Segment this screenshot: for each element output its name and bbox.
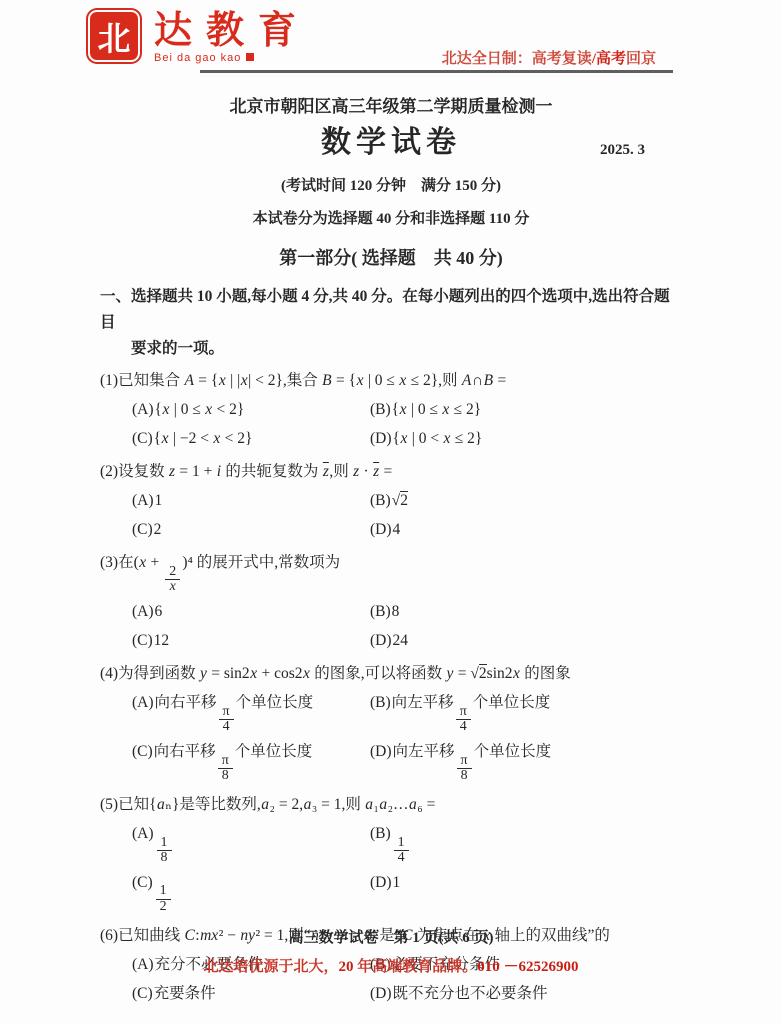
fraction: π8 — [218, 754, 233, 784]
fraction: 12 — [156, 884, 171, 914]
option-label: (B) — [370, 492, 391, 509]
option-B: (B)8 — [370, 599, 408, 624]
option-B: (B)向左平移π4个单位长度 — [370, 690, 551, 735]
question-1: (1)已知集合 A = {x | |x| < 2},集合 B = {x | 0 … — [100, 368, 682, 451]
paper-title-row: 数学试卷 2025. 3 — [100, 124, 682, 162]
footer: 高三数学试卷 第 1 页(共 6 页) 北达培优源于北大，20 年高端教育品牌。… — [0, 926, 782, 976]
fraction: 18 — [157, 836, 172, 866]
option-C: (C)2 — [132, 517, 370, 542]
option-label: (D) — [370, 743, 392, 760]
logo-seal-icon: 北 — [90, 12, 138, 60]
option-label: (D) — [370, 632, 392, 649]
questions: (1)已知集合 A = {x | |x| < 2},集合 B = {x | 0 … — [100, 368, 682, 1006]
option-label: (C) — [132, 632, 153, 649]
fraction: π4 — [456, 705, 471, 735]
conjugate-bar: z — [373, 463, 380, 480]
option-B: (B)√2 — [370, 488, 408, 513]
option-label: (C) — [132, 521, 153, 538]
paper-title: 数学试卷 — [321, 124, 461, 162]
tagline-prefix: 北达全日制：高考复读 — [442, 51, 592, 67]
beida-logo: 北 达教育 Bei da gao kao — [84, 6, 310, 66]
option-label: (C) — [132, 430, 153, 447]
header: 北 达教育 Bei da gao kao 北达全日制：高考复读/高考回京 — [0, 0, 782, 88]
question-stem: (4)为得到函数 y = sin2x + cos2x 的图象,可以将函数 y =… — [100, 661, 682, 686]
question-4: (4)为得到函数 y = sin2x + cos2x 的图象,可以将函数 y =… — [100, 661, 682, 784]
logo-subtitle-text: Bei da gao kao — [154, 52, 241, 64]
exam-page: 北 达教育 Bei da gao kao 北达全日制：高考复读/高考回京 北京市… — [0, 0, 782, 1024]
option-B: (B)14 — [370, 821, 411, 866]
promo-text2: 年高端教育品牌。 — [353, 959, 477, 975]
option-label: (C) — [132, 874, 153, 891]
score-split-info: 本试卷分为选择题 40 分和非选择题 110 分 — [100, 207, 682, 228]
option-label: (D) — [370, 430, 392, 447]
footer-promo: 北达培优源于北大，20 年高端教育品牌。010 －62526900 — [0, 955, 782, 976]
promo-phone: 010 －62526900 — [477, 959, 578, 975]
question-options: (A)6(B)8(C)12(D)24 — [100, 599, 682, 653]
option-D: (D){x | 0 < x ≤ 2} — [370, 426, 482, 451]
fraction: 2x — [165, 565, 180, 595]
conjugate-bar: z — [322, 463, 329, 480]
question-stem: (1)已知集合 A = {x | |x| < 2},集合 B = {x | 0 … — [100, 368, 682, 393]
option-label: (C) — [132, 985, 153, 1002]
option-D: (D)4 — [370, 517, 408, 542]
option-C: (C)充要条件 — [132, 981, 370, 1006]
logo-text-block: 达教育 Bei da gao kao — [154, 6, 310, 64]
option-label: (B) — [370, 825, 391, 842]
section-instructions: 一、选择题共 10 小题,每小题 4 分,共 40 分。在每小题列出的四个选项中… — [100, 284, 682, 362]
exam-body: 北京市朝阳区高三年级第二学期质量检测一 数学试卷 2025. 3 (考试时间 1… — [0, 96, 782, 1006]
option-label: (B) — [370, 694, 391, 711]
page-number: 高三数学试卷 第 1 页(共 6 页) — [0, 926, 782, 947]
logo-brand-text: 达教育 — [154, 12, 310, 52]
option-label: (A) — [132, 492, 154, 509]
header-tagline: 北达全日制：高考复读/高考回京 — [442, 47, 656, 68]
option-D: (D)24 — [370, 628, 408, 653]
option-label: (B) — [370, 603, 391, 620]
exam-title-line: 北京市朝阳区高三年级第二学期质量检测一 — [100, 96, 682, 118]
question-stem: (3)在(x + 2x)⁴ 的展开式中,常数项为 — [100, 550, 682, 595]
option-C: (C)向右平移π8个单位长度 — [132, 739, 370, 784]
question-options: (A)18(B)14(C)12(D)1 — [100, 821, 682, 915]
option-label: (C) — [132, 743, 153, 760]
option-A: (A)18 — [132, 821, 370, 866]
option-A: (A)向右平移π4个单位长度 — [132, 690, 370, 735]
logo-subtitle: Bei da gao kao — [154, 52, 310, 64]
promo-years: 20 — [338, 959, 353, 975]
option-label: (A) — [132, 401, 154, 418]
fraction: π8 — [457, 754, 472, 784]
question-options: (A)1(B)√2(C)2(D)4 — [100, 488, 682, 542]
option-label: (D) — [370, 874, 392, 891]
tagline-suffix: 回京 — [626, 51, 656, 67]
option-label: (A) — [132, 603, 154, 620]
instructions-line2: 要求的一项。 — [131, 336, 682, 362]
question-options: (A){x | 0 ≤ x < 2}(B){x | 0 ≤ x ≤ 2}(C){… — [100, 397, 682, 451]
option-label: (D) — [370, 521, 392, 538]
option-B: (B){x | 0 ≤ x ≤ 2} — [370, 397, 482, 422]
option-C: (C)12 — [132, 870, 370, 915]
sqrt-radical: √2 — [470, 664, 486, 682]
header-divider — [200, 70, 673, 73]
fraction: π4 — [219, 705, 234, 735]
option-C: (C)12 — [132, 628, 370, 653]
question-5: (5)已知{aₙ}是等比数列,a₂ = 2,a₃ = 1,则 a₁a₂…a₆ =… — [100, 792, 682, 915]
option-D: (D)向左平移π8个单位长度 — [370, 739, 551, 784]
question-3: (3)在(x + 2x)⁴ 的展开式中,常数项为(A)6(B)8(C)12(D)… — [100, 550, 682, 653]
section-title: 第一部分( 选择题 共 40 分) — [100, 244, 682, 270]
instructions-line1: 一、选择题共 10 小题,每小题 4 分,共 40 分。在每小题列出的四个选项中… — [100, 284, 682, 336]
option-A: (A)1 — [132, 488, 370, 513]
option-label: (A) — [132, 694, 154, 711]
option-label: (B) — [370, 401, 391, 418]
seal-character: 北 — [98, 13, 131, 60]
promo-text: 北达培优源于北大， — [203, 959, 338, 975]
question-stem: (5)已知{aₙ}是等比数列,a₂ = 2,a₃ = 1,则 a₁a₂…a₆ = — [100, 792, 682, 817]
option-A: (A){x | 0 ≤ x < 2} — [132, 397, 370, 422]
option-D: (D)1 — [370, 870, 411, 915]
tagline-bold: /高考 — [592, 51, 626, 67]
question-options: (A)向右平移π4个单位长度(B)向左平移π4个单位长度(C)向右平移π8个单位… — [100, 690, 682, 784]
exam-date: 2025. 3 — [600, 142, 645, 159]
option-C: (C){x | −2 < x < 2} — [132, 426, 370, 451]
option-label: (D) — [370, 985, 392, 1002]
red-square-icon — [246, 53, 254, 61]
option-A: (A)6 — [132, 599, 370, 624]
question-stem: (2)设复数 z = 1 + i 的共轭复数为 z,则 z · z = — [100, 459, 682, 484]
option-D: (D)既不充分也不必要条件 — [370, 981, 548, 1006]
exam-time-info: (考试时间 120 分钟 满分 150 分) — [100, 174, 682, 195]
sqrt-radical: √2 — [392, 491, 408, 509]
fraction: 14 — [394, 836, 409, 866]
question-2: (2)设复数 z = 1 + i 的共轭复数为 z,则 z · z =(A)1(… — [100, 459, 682, 542]
option-label: (A) — [132, 825, 154, 842]
